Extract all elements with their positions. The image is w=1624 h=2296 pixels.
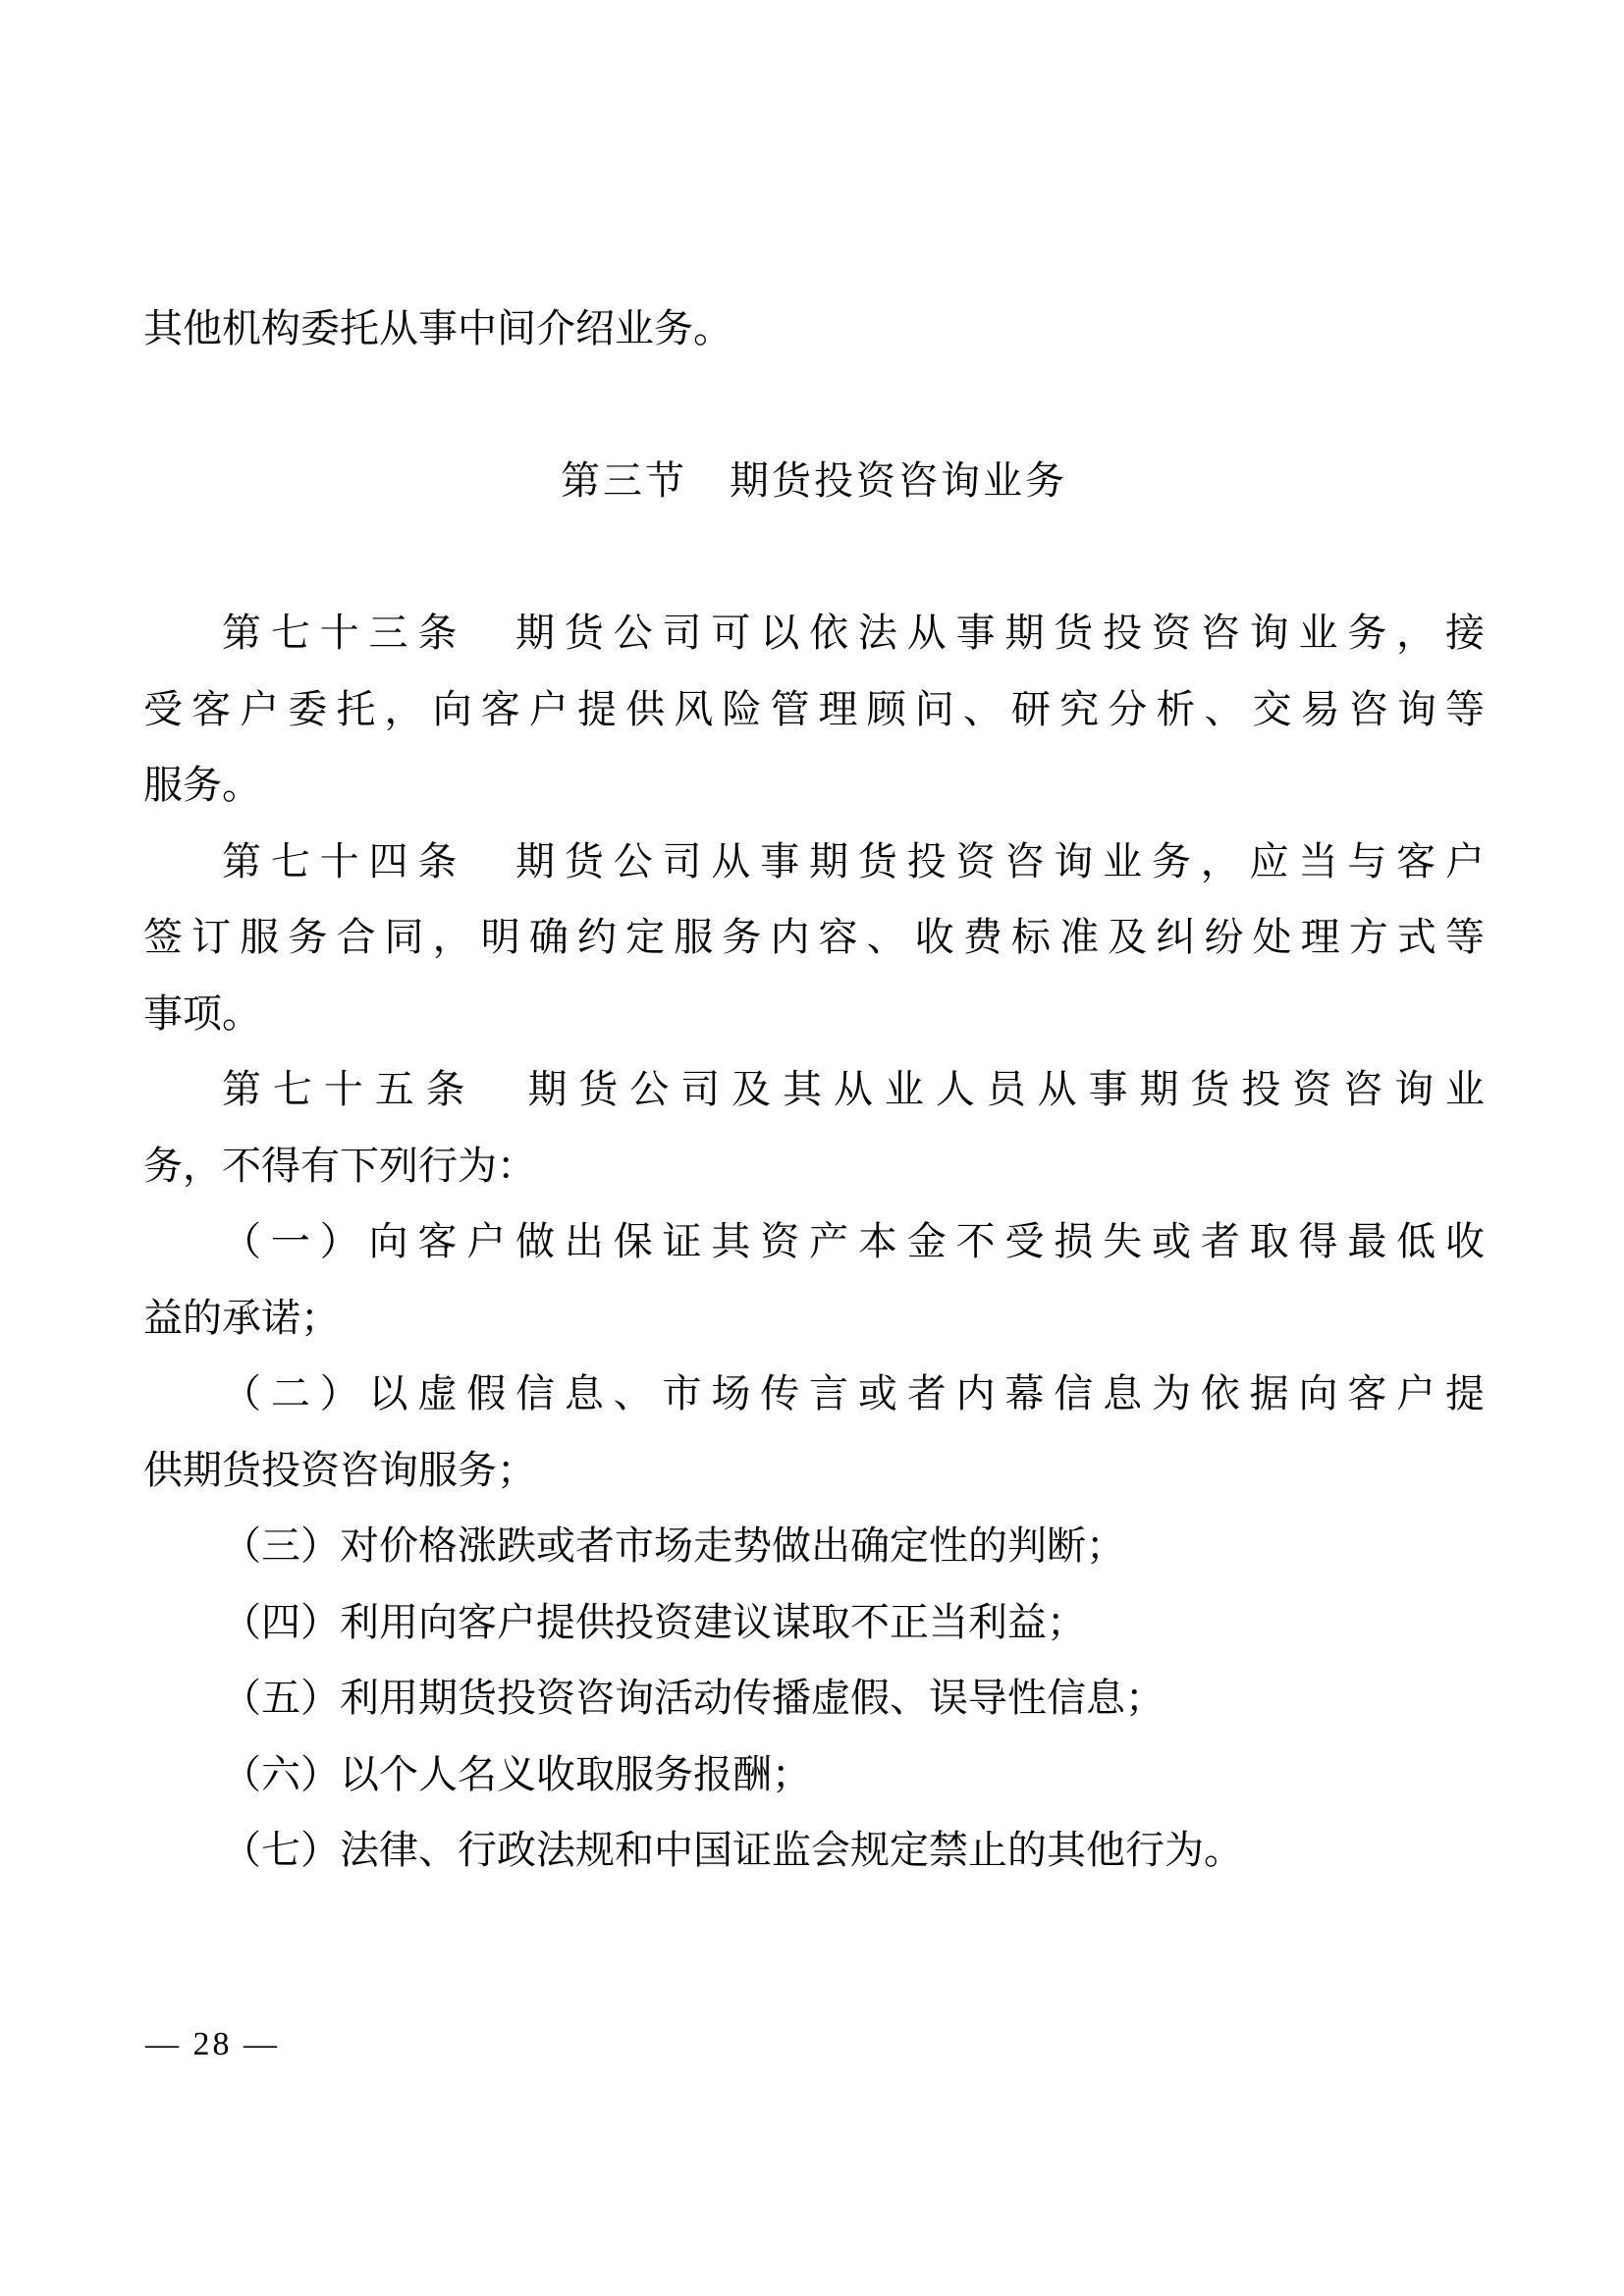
item-3-line: （三）对价格涨跌或者市场走势做出确定性的判断；	[143, 1508, 1485, 1584]
article-75-line-1: 第七十五条 期货公司及其从业人员从事期货投资咨询业	[143, 1051, 1485, 1128]
paragraph-continuation-line: 其他机构委托从事中间介绍业务。	[143, 291, 1485, 367]
page-number: — 28 —	[145, 2024, 280, 2065]
item-2-line-2: 供期货投资咨询服务；	[143, 1432, 1485, 1509]
blank-line	[143, 519, 1485, 596]
article-74-line-1: 第七十四条 期货公司从事期货投资咨询业务，应当与客户	[143, 824, 1485, 900]
document-page: 其他机构委托从事中间介绍业务。 第三节 期货投资咨询业务 第七十三条 期货公司可…	[0, 0, 1624, 2296]
article-75-line-2: 务，不得有下列行为：	[143, 1128, 1485, 1204]
blank-line	[143, 367, 1485, 444]
item-6-line: （六）以个人名义收取服务报酬；	[143, 1736, 1485, 1813]
article-73-line-1: 第七十三条 期货公司可以依法从事期货投资咨询业务，接	[143, 595, 1485, 671]
item-1-line-2: 益的承诺；	[143, 1280, 1485, 1357]
item-1-line-1: （一）向客户做出保证其资产本金不受损失或者取得最低收	[143, 1203, 1485, 1280]
item-4-line: （四）利用向客户提供投资建议谋取不正当利益；	[143, 1584, 1485, 1661]
article-73-line-2: 受客户委托，向客户提供风险管理顾问、研究分析、交易咨询等	[143, 671, 1485, 748]
item-2-line-1: （二）以虚假信息、市场传言或者内幕信息为依据向客户提	[143, 1356, 1485, 1432]
page-content: 其他机构委托从事中间介绍业务。 第三节 期货投资咨询业务 第七十三条 期货公司可…	[143, 291, 1485, 1889]
item-7-line: （七）法律、行政法规和中国证监会规定禁止的其他行为。	[143, 1812, 1485, 1889]
article-74-line-3: 事项。	[143, 976, 1485, 1052]
article-74-line-2: 签订服务合同，明确约定服务内容、收费标准及纠纷处理方式等	[143, 899, 1485, 976]
item-5-line: （五）利用期货投资咨询活动传播虚假、误导性信息；	[143, 1660, 1485, 1736]
article-73-line-3: 服务。	[143, 747, 1485, 824]
section-heading: 第三节 期货投资咨询业务	[143, 443, 1485, 519]
